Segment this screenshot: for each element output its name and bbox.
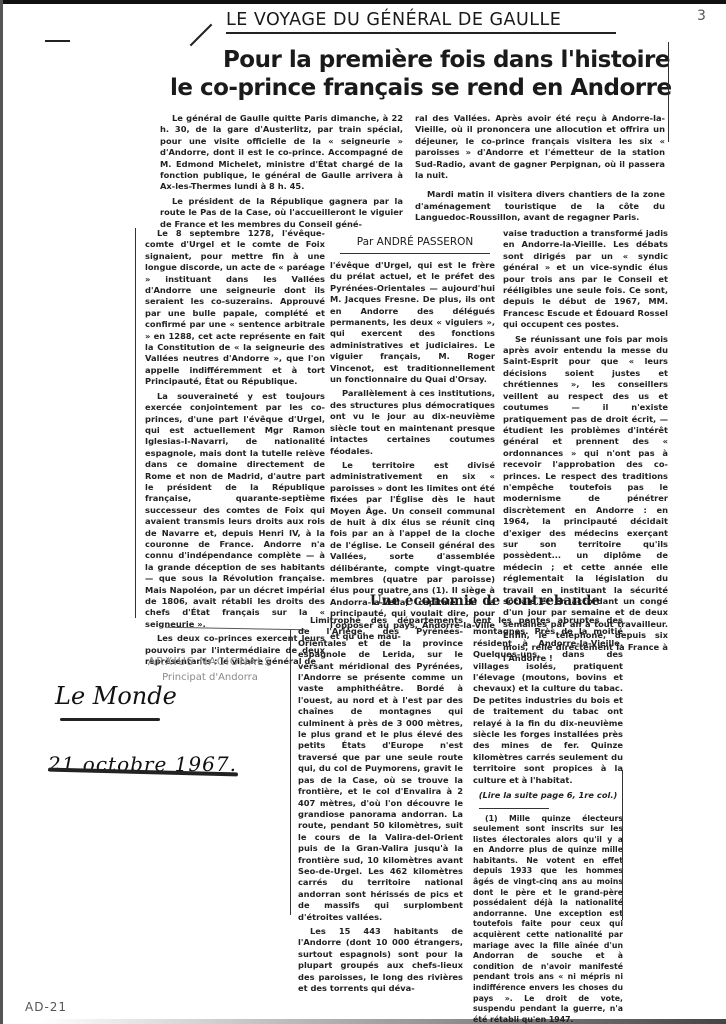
margin-dash-mark: [45, 40, 70, 42]
economy-paragraph: Les 15 443 habitants de l'Andorre (dont …: [298, 926, 463, 994]
lead-paragraph: Mardi matin il visitera divers chantiers…: [415, 189, 665, 223]
footnote-divider: [479, 808, 549, 809]
economy-column-1: Limitrophe des départements de l'Ariège,…: [298, 615, 463, 994]
byline: Par ANDRÉ PASSERON: [340, 236, 490, 254]
handwritten-source: Le Monde: [55, 682, 177, 710]
body-paragraph: La souveraineté y est toujours exercée c…: [145, 391, 325, 631]
kicker-headline: LE VOYAGE DU GÉNÉRAL DE GAULLE: [226, 10, 616, 34]
clipping-edge-right: [668, 42, 669, 142]
archive-stamp: ARXIUS NACIONALS Principat d'Andorra: [140, 655, 280, 683]
body-paragraph: Parallèlement à ces institutions, des st…: [330, 388, 495, 456]
economy-column-2: lent les pentes abruptes des montagnes. …: [473, 615, 623, 1024]
lead-paragraph: Le général de Gaulle quitte Paris dimanc…: [160, 113, 403, 193]
column-rule-left: [135, 228, 136, 618]
body-column-1: Le 8 septembre 1278, l'évêque-comte d'Ur…: [145, 228, 325, 667]
section-subhead: Une économie de contrebande: [370, 593, 610, 609]
handwritten-underline: [60, 718, 160, 721]
continued-note: (Lire la suite page 6, 1re col.): [473, 790, 623, 801]
footnote: (1) Mille quinze électeurs seulement son…: [473, 814, 623, 1024]
stamp-line-1: ARXIUS NACIONALS: [140, 655, 280, 668]
pen-slash-mark: [190, 24, 213, 47]
scan-edge-bottom: [40, 1019, 726, 1024]
headline-line-2: le co-prince français se rend en Andorre: [170, 74, 670, 102]
footnote-text: (1) Mille quinze électeurs seulement son…: [473, 814, 623, 1024]
body-paragraph: l'évêque d'Urgel, qui est le frère du pr…: [330, 260, 495, 385]
economy-paragraph: Limitrophe des départements de l'Ariège,…: [298, 615, 463, 923]
body-paragraph: vaise traduction a transformé jadis en A…: [503, 228, 668, 331]
lead-column-2: ral des Vallées. Après avoir été reçu à …: [415, 113, 665, 224]
economy-paragraph: lent les pentes abruptes des montagnes. …: [473, 615, 623, 786]
lead-paragraph: Le président de la République gagnera pa…: [160, 196, 403, 230]
main-headline: Pour la première fois dans l'histoire le…: [170, 46, 670, 102]
lead-paragraph: ral des Vallées. Après avoir été reçu à …: [415, 113, 665, 181]
body-paragraph: Le 8 septembre 1278, l'évêque-comte d'Ur…: [145, 228, 325, 388]
body-column-2: l'évêque d'Urgel, qui est le frère du pr…: [330, 260, 495, 642]
archive-code: AD-21: [25, 1000, 67, 1014]
headline-line-1: Pour la première fois dans l'histoire: [170, 46, 670, 74]
page-number: 3: [697, 8, 706, 24]
clipping-edge-right-lower: [622, 770, 623, 920]
scan-edge-top: [0, 0, 726, 4]
column-rule-economy-left: [290, 630, 291, 915]
lead-column-1: Le général de Gaulle quitte Paris dimanc…: [160, 113, 403, 230]
scan-edge-left: [0, 0, 3, 1024]
